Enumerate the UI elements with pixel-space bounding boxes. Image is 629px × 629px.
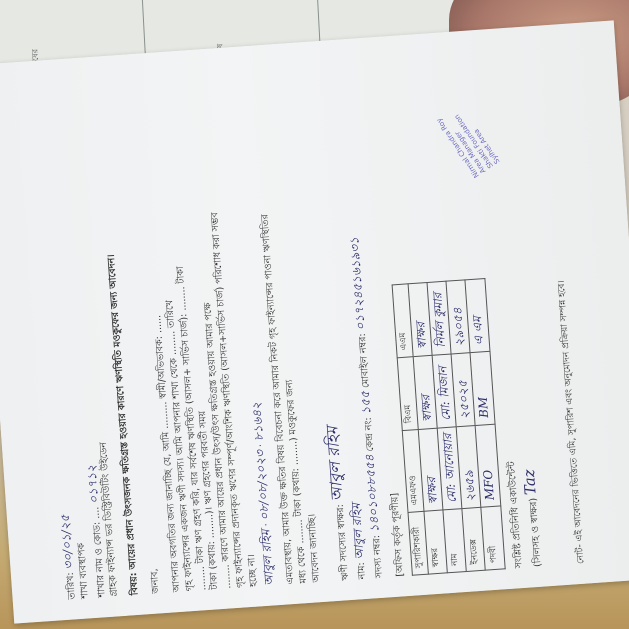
member-signature: আবুল রহিম [322,426,346,502]
table-cell: এ এম [465,278,489,352]
form-content: তারিখ: ৩০/০১/২৫ শাখা ব্যবস্থাপক শাখার না… [27,44,602,600]
accountant-sign-label: (সিলসহ ও স্বাক্ষর) [528,497,544,567]
center-label: কেন্দ্র নং: [363,417,376,452]
application-form-paper: তারিখ: ৩০/০১/২৫ শাখা ব্যবস্থাপক শাখার না… [0,20,629,623]
date-label: তারিখ: [65,572,78,600]
accountant-signature: Taz [520,469,540,496]
name-value: আবুল রহিম [349,503,367,560]
mobile-label: মোবাইল নম্বর: [357,333,372,388]
note-text: নোট- এই আবেদনের ভিত্তিতে এমি, সুপারিশ এব… [556,280,588,564]
member-no-label: সদস্য নম্বর: [371,535,385,579]
row-label: পদবী [481,506,505,570]
date-value: ৩০/০১/২৫ [58,514,76,570]
loan-date-handwritten: ০৮/০৮/২০২৩ [252,450,271,521]
branch-code-value: ০১৭১২ [84,464,101,504]
center-value: ১৫৫ [358,391,374,415]
recommendation-table: সুপারিশকারী এমএফও বিএম এএম স্বাক্ষর স্বা… [391,277,505,575]
subject-label: বিষয়: [128,572,141,595]
balance-handwritten: ৮১৬৪২ [249,402,266,442]
member-no-value: ১৪০১০৮৮৫৫৪ [363,454,382,533]
member-name-handwritten: আবুল রহিম [258,529,276,586]
name-label: নাম: [356,562,368,580]
table-cell: BM [470,351,494,425]
